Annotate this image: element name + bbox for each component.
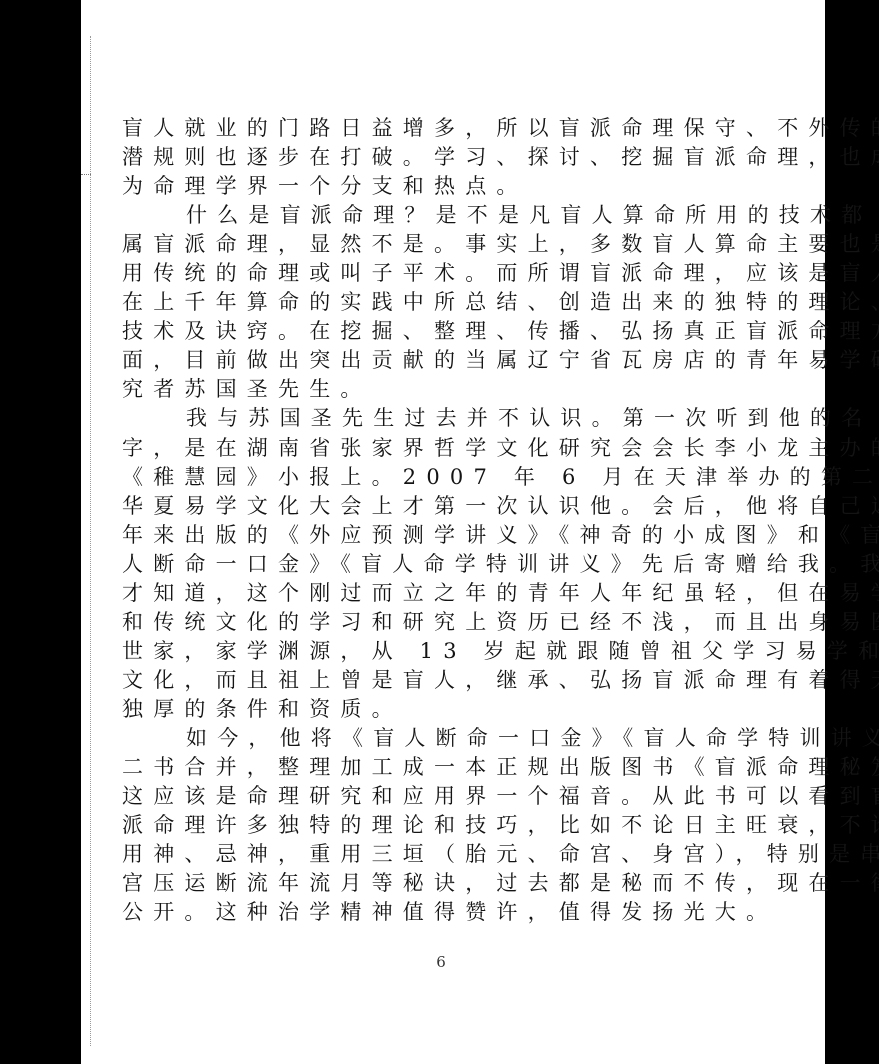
text-line: 才知道，这个刚过而立之年的青年人年纪虽轻，但在易学	[122, 579, 728, 608]
text-line: 面，目前做出突出贡献的当属辽宁省瓦房店的青年易学研	[122, 346, 728, 375]
text-line: 华夏易学文化大会上才第一次认识他。会后，他将自己近	[122, 492, 728, 521]
text-line: 人断命一口金》《盲人命学特训讲义》先后寄赠给我。我	[122, 550, 728, 579]
binding-gutter-tick	[81, 174, 91, 175]
text-line: 这应该是命理研究和应用界一个福音。从此书可以看到盲	[122, 782, 728, 811]
paragraph-start-line: 我与苏国圣先生过去并不认识。第一次听到他的名	[122, 404, 728, 433]
scanned-page: 盲人就业的门路日益增多，所以盲派命理保守、不外传的 潜规则也逐步在打破。学习、探…	[81, 0, 825, 1064]
text-line: 独厚的条件和资质。	[122, 695, 728, 724]
text-line: 在上千年算命的实践中所总结、创造出来的独特的理论、	[122, 288, 728, 317]
binding-gutter-line	[90, 36, 91, 1046]
text-line: 用神、忌神，重用三垣（胎元、命宫、身宫），特别是串	[122, 840, 728, 869]
text-line: 宫压运断流年流月等秘诀，过去都是秘而不传，现在一律	[122, 869, 728, 898]
text-line: 属盲派命理，显然不是。事实上，多数盲人算命主要也是	[122, 230, 728, 259]
paragraph-start-line: 什么是盲派命理？是不是凡盲人算命所用的技术都	[122, 201, 728, 230]
text-line: 潜规则也逐步在打破。学习、探讨、挖掘盲派命理，也成	[122, 143, 728, 172]
text-line: 文化，而且祖上曾是盲人，继承、弘扬盲派命理有着得天	[122, 666, 728, 695]
text-line: 二书合并，整理加工成一本正规出版图书《盲派命理秘笈》，	[122, 753, 728, 782]
text-line: 究者苏国圣先生。	[122, 375, 728, 404]
body-text: 盲人就业的门路日益增多，所以盲派命理保守、不外传的 潜规则也逐步在打破。学习、探…	[122, 114, 728, 927]
text-line: 盲人就业的门路日益增多，所以盲派命理保守、不外传的	[122, 114, 728, 143]
text-line: 派命理许多独特的理论和技巧，比如不论日主旺衰，不论	[122, 811, 728, 840]
text-line: 年来出版的《外应预测学讲义》《神奇的小成图》和《盲	[122, 521, 728, 550]
text-line: 为命理学界一个分支和热点。	[122, 172, 728, 201]
text-line: 世家，家学渊源，从 13 岁起就跟随曾祖父学习易学和传统	[122, 637, 728, 666]
document-viewer: 盲人就业的门路日益增多，所以盲派命理保守、不外传的 潜规则也逐步在打破。学习、探…	[0, 0, 879, 1064]
text-line: 《稚慧园》小报上。2007 年 6 月在天津举办的第二届国际	[122, 463, 728, 492]
paragraph-start-line: 如今，他将《盲人断命一口金》《盲人命学特训讲义》	[122, 724, 728, 753]
text-line: 用传统的命理或叫子平术。而所谓盲派命理，应该是盲人	[122, 259, 728, 288]
text-line: 公开。这种治学精神值得赞许，值得发扬光大。	[122, 898, 728, 927]
text-line: 技术及诀窍。在挖掘、整理、传播、弘扬真正盲派命理方	[122, 317, 728, 346]
text-line: 字，是在湖南省张家界哲学文化研究会会长李小龙主办的	[122, 434, 728, 463]
text-line: 和传统文化的学习和研究上资历已经不浅，而且出身易医	[122, 608, 728, 637]
page-number: 6	[431, 953, 451, 971]
